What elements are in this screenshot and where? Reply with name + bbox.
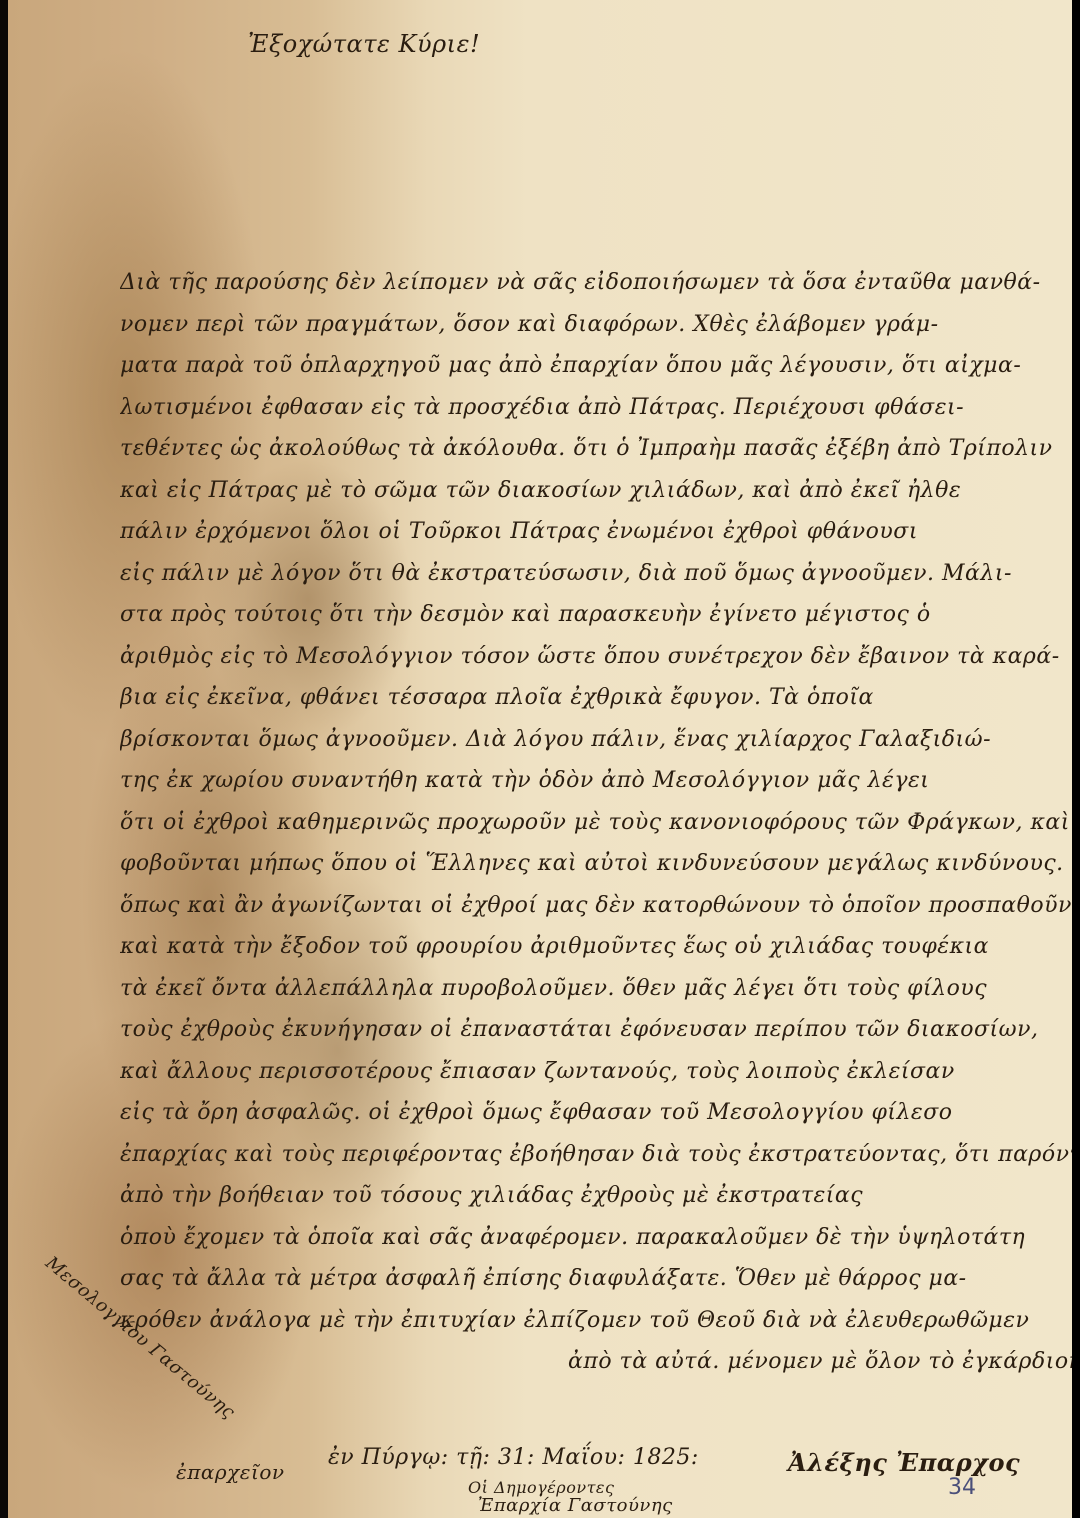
scan-border-left	[0, 0, 8, 1518]
letter-line: ἀπὸ τὰ αὐτά. μένομεν μὲ ὅλον τὸ ἐγκάρδιο…	[568, 1349, 1080, 1374]
letter-line: βια εἰς ἐκεῖνα, φθάνει τέσσαρα πλοῖα ἐχθ…	[120, 685, 1080, 710]
salutation: Ἐξοχώτατε Κύριε!	[248, 30, 480, 58]
signature-left: ἐπαρχεῖον	[176, 1460, 285, 1484]
letter-line: καὶ ἄλλους περισσοτέρους ἔπιασαν ζωντανο…	[120, 1059, 1080, 1084]
letter-line: στα πρὸς τούτοις ὅτι τὴν δεσμὸν καὶ παρα…	[120, 602, 1080, 627]
letter-line: φοβοῦνται μήπως ὅπου οἱ Ἕλληνες καὶ αὐτο…	[120, 851, 1080, 876]
manuscript-page: Ἐξοχώτατε Κύριε! Διὰ τῆς παρούσης δὲν λε…	[8, 0, 1072, 1518]
letter-line: ἐπαρχίας καὶ τοὺς περιφέροντας ἐβοήθησαν…	[120, 1142, 1080, 1167]
letter-line: εἰς τὰ ὄρη ἀσφαλῶς. οἱ ἐχθροὶ ὅμως ἔφθασ…	[120, 1100, 1080, 1125]
letter-line: καὶ κατὰ τὴν ἔξοδον τοῦ φρουρίου ἀριθμοῦ…	[120, 934, 1080, 959]
letter-line: βρίσκονται ὅμως ἀγνοοῦμεν. Διὰ λόγου πάλ…	[120, 727, 1080, 752]
letter-line: ὁποὺ ἔχομεν τὰ ὁποῖα καὶ σᾶς ἀναφέρομεν.…	[120, 1225, 1080, 1250]
letter-line: ὅπως καὶ ἂν ἀγωνίζωνται οἱ ἐχθροί μας δὲ…	[120, 893, 1080, 918]
letter-line: της ἐκ χωρίου συναντήθη κατὰ τὴν ὁδὸν ἀπ…	[120, 768, 1080, 793]
scan-border-right	[1072, 0, 1080, 1518]
letter-line: πάλιν ἐρχόμενοι ὅλοι οἱ Τοῦρκοι Πάτρας ἐ…	[120, 519, 1080, 544]
letter-line: σας τὰ ἄλλα τὰ μέτρα ἀσφαλῆ ἐπίσης διαφυ…	[120, 1266, 1080, 1291]
letter-line: εἰς πάλιν μὲ λόγον ὅτι θὰ ἐκστρατεύσωσιν…	[120, 561, 1080, 586]
page-number: 34	[948, 1475, 976, 1500]
letter-line: κρόθεν ἀνάλογα μὲ τὴν ἐπιτυχίαν ἐλπίζομε…	[120, 1308, 1080, 1333]
letter-line: καὶ εἰς Πάτρας μὲ τὸ σῶμα τῶν διακοσίων …	[120, 478, 1080, 503]
letter-line: ὅτι οἱ ἐχθροὶ καθημερινῶς προχωροῦν μὲ τ…	[120, 810, 1080, 835]
letter-line: τοὺς ἐχθροὺς ἐκυνήγησαν οἱ ἐπαναστάται ἐ…	[120, 1017, 1080, 1042]
sender-name: Ἐπαρχία Γαστούνης	[478, 1495, 673, 1516]
letter-line: λωτισμένοι ἐφθασαν εἰς τὰ προσχέδια ἀπὸ …	[120, 395, 1080, 420]
date-line: ἐν Πύργῳ: τῇ: 31: Μαΐου: 1825:	[328, 1445, 699, 1470]
letter-line: Διὰ τῆς παρούσης δὲν λείπομεν νὰ σᾶς εἰδ…	[120, 270, 1080, 295]
signature-right: Ἀλέξης Ἐπαρχος	[788, 1448, 1020, 1477]
letter-line: τεθέντες ὡς ἀκολούθως τὰ ἀκόλουθα. ὅτι ὁ…	[120, 436, 1080, 461]
letter-line: ματα παρὰ τοῦ ὁπλαρχηγοῦ μας ἀπὸ ἐπαρχία…	[120, 353, 1080, 378]
letter-line: ἀριθμὸς εἰς τὸ Μεσολόγγιον τόσον ὥστε ὅπ…	[120, 644, 1080, 669]
letter-line: ἀπὸ τὴν βοήθειαν τοῦ τόσους χιλιάδας ἐχθ…	[120, 1183, 1080, 1208]
letter-line: νομεν περὶ τῶν πραγμάτων, ὅσον καὶ διαφό…	[120, 312, 1080, 337]
letter-line: τὰ ἐκεῖ ὄντα ἀλλεπάλληλα πυροβολοῦμεν. ὅ…	[120, 976, 1080, 1001]
